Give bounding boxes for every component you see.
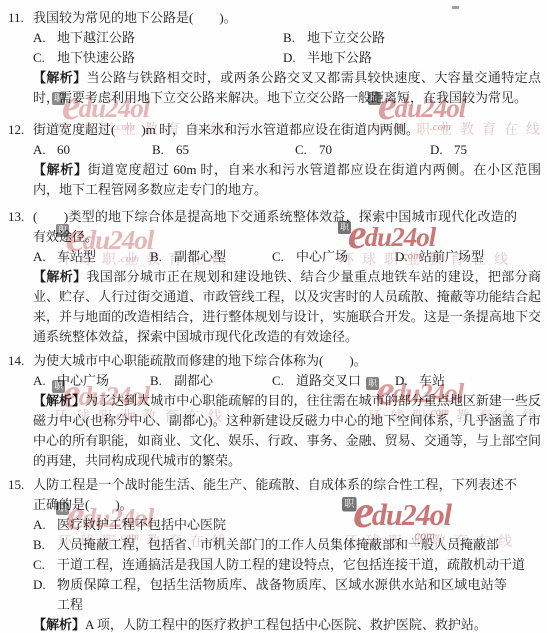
options-grid: A.车站型 B.副都心型 C.中心广场 D.站前广场型 — [33, 247, 541, 267]
option-label: C. — [272, 371, 296, 391]
analysis-text: A 项，人防工程中的医疗救护工程包括中心医院、救护医院、救护站。 — [85, 617, 487, 632]
question-text: 我国较为常见的地下公路是( )。 — [33, 8, 541, 28]
analysis-tag: 【解析】 — [33, 269, 87, 284]
analysis-tag: 【解析】 — [33, 162, 88, 177]
option: A.医疗救护工程不包括中心医院 — [33, 515, 541, 535]
option: D.半地下公路 — [283, 48, 541, 68]
option-text: 车站型 — [57, 247, 96, 267]
question-block: 12. 街道宽度超过( )m 时，自来水和污水管道都应设在街道内两侧。 A.60… — [8, 120, 541, 200]
analysis: 【解析】A 项，人防工程中的医疗救护工程包括中心医院、救护医院、救护站。 — [33, 615, 541, 633]
option-text: 地下快速公路 — [57, 48, 135, 68]
question-number: 13. — [8, 207, 33, 247]
option: B.副都心 — [150, 371, 272, 391]
analysis-text: 街道宽度超过 60m 时，自来水和污水管道都应设在街道内两侧。在小区范围内，地下… — [33, 162, 541, 197]
options-grid: A.地下越江公路 B.地下立交公路 C.地下快速公路 D.半地下公路 — [33, 28, 541, 68]
option-label: A. — [33, 515, 57, 535]
option: A.地下越江公路 — [33, 28, 283, 48]
analysis-text: 当公路与铁路相交时，或两条公路交叉又都需具较快速度、大容量交通特定点时，需要考虑… — [33, 70, 541, 105]
option-label: B. — [33, 535, 57, 555]
question-block: 14. 为使大城市中心职能疏散而修建的地下综合体称为( )。 A.中心广场 B.… — [8, 351, 541, 471]
question-text: 为使大城市中心职能疏散而修建的地下综合体称为( )。 — [33, 351, 541, 371]
option-label: D. — [395, 247, 419, 267]
option-label: B. — [150, 247, 174, 267]
scan-artifact — [452, 6, 459, 9]
option-label: D. — [283, 48, 307, 68]
option-text: 中心广场 — [57, 371, 109, 391]
option-text: 人员掩蔽工程，包括省、市机关部门的工作人员集体掩蔽部和一般人员掩蔽部 — [57, 535, 499, 555]
option-label: A. — [33, 247, 57, 267]
question-number: 11. — [8, 8, 33, 28]
exam-content: 11. 我国较为常见的地下公路是( )。 A.地下越江公路 B.地下立交公路 C… — [0, 0, 547, 633]
option: D.车站 — [395, 371, 541, 391]
option-label: C. — [272, 247, 296, 267]
option: C.地下快速公路 — [33, 48, 283, 68]
option-label: C. — [33, 48, 57, 68]
option-text: 75 — [454, 140, 467, 160]
option: C.70 — [295, 140, 430, 160]
option: B.副都心型 — [150, 247, 272, 267]
option-label: B. — [152, 140, 176, 160]
analysis-text: 为了达到大城市中心职能疏解的目的，往往需在城市的部分重点地区新建一些反磁力中心(… — [33, 393, 541, 468]
option: B.人员掩蔽工程，包括省、市机关部门的工作人员集体掩蔽部和一般人员掩蔽部 — [33, 535, 541, 555]
option-text: 干道工程，连通搞活是我国人防工程的建设特点，它包括连接干道，疏散机动干道 — [57, 555, 525, 575]
question-block: 15. 人防工程是一个战时能生活、能生产、能疏散、自成体系的综合性工程，下列表述… — [8, 475, 541, 633]
options-list: A.医疗救护工程不包括中心医院 B.人员掩蔽工程，包括省、市机关部门的工作人员集… — [33, 515, 541, 615]
option-text: 65 — [176, 140, 189, 160]
option: D.站前广场型 — [395, 247, 541, 267]
option-label: D. — [395, 371, 419, 391]
option-label: D. — [430, 140, 454, 160]
analysis-tag: 【解析】 — [33, 393, 85, 408]
analysis-tag: 【解析】 — [33, 617, 85, 632]
options-grid: A.中心广场 B.副都心 C.道路交叉口 D.车站 — [33, 371, 541, 391]
option: B.地下立交公路 — [283, 28, 541, 48]
scanned-exam-page: 职edu24ol.com 职edu24ol.com 环球职业教育在线 环球职业教… — [0, 0, 547, 633]
option-text: 副都心型 — [174, 247, 226, 267]
option: D.物质保障工程，包括生活物质库、战备物质库、区域水源供水站和区域电站等工程 — [33, 575, 541, 615]
options-grid: A.60 B.65 C.70 D.75 — [33, 140, 541, 160]
option-text: 站前广场型 — [419, 247, 484, 267]
question-block: 11. 我国较为常见的地下公路是( )。 A.地下越江公路 B.地下立交公路 C… — [8, 8, 541, 108]
option-label: D. — [33, 575, 57, 595]
option-text: 地下越江公路 — [57, 28, 135, 48]
question-block: 13. ( )类型的地下综合体是提高地下交通系统整体效益，探索中国城市现代化改造… — [8, 207, 541, 347]
option-label: C. — [33, 555, 57, 575]
question-text: 街道宽度超过( )m 时，自来水和污水管道都应设在街道内两侧。 — [33, 120, 541, 140]
option-text: 物质保障工程，包括生活物质库、战备物质库、区域水源供水站和区域电站等工程 — [57, 575, 507, 615]
option: C.道路交叉口 — [272, 371, 395, 391]
option: A.中心广场 — [33, 371, 150, 391]
analysis: 【解析】街道宽度超过 60m 时，自来水和污水管道都应设在街道内两侧。在小区范围… — [33, 160, 541, 200]
analysis-tag: 【解析】 — [33, 70, 87, 85]
option-label: A. — [33, 371, 57, 391]
option-label: A. — [33, 28, 57, 48]
question-text: 人防工程是一个战时能生活、能生产、能疏散、自成体系的综合性工程，下列表述不正确的… — [33, 475, 517, 515]
option-label: A. — [33, 140, 57, 160]
option-text: 医疗救护工程不包括中心医院 — [57, 515, 226, 535]
option: C.干道工程，连通搞活是我国人防工程的建设特点，它包括连接干道，疏散机动干道 — [33, 555, 541, 575]
question-number: 14. — [8, 351, 33, 371]
option: C.中心广场 — [272, 247, 395, 267]
option-text: 车站 — [419, 371, 445, 391]
analysis-text: 我国部分城市正在规划和建设地铁、结合少量重点地铁车站的建设，把部分商业、贮存、人… — [33, 269, 541, 344]
option-label: C. — [295, 140, 319, 160]
option-text: 中心广场 — [296, 247, 348, 267]
option-text: 70 — [319, 140, 332, 160]
analysis: 【解析】当公路与铁路相交时，或两条公路交叉又都需具较快速度、大容量交通特定点时，… — [33, 68, 541, 108]
analysis: 【解析】为了达到大城市中心职能疏解的目的，往往需在城市的部分重点地区新建一些反磁… — [33, 391, 541, 471]
question-number: 12. — [8, 120, 33, 140]
analysis: 【解析】我国部分城市正在规划和建设地铁、结合少量重点地铁车站的建设，把部分商业、… — [33, 267, 541, 347]
option: B.65 — [152, 140, 295, 160]
option-text: 道路交叉口 — [296, 371, 361, 391]
option-text: 半地下公路 — [307, 48, 372, 68]
option-text: 60 — [57, 140, 70, 160]
option: A.车站型 — [33, 247, 150, 267]
option: D.75 — [430, 140, 541, 160]
option-text: 地下立交公路 — [307, 28, 385, 48]
option: A.60 — [33, 140, 152, 160]
option-label: B. — [283, 28, 307, 48]
option-label: B. — [150, 371, 174, 391]
question-text: ( )类型的地下综合体是提高地下交通系统整体效益，探索中国城市现代化改造的有效途… — [33, 207, 517, 247]
option-text: 副都心 — [174, 371, 213, 391]
question-number: 15. — [8, 475, 33, 515]
